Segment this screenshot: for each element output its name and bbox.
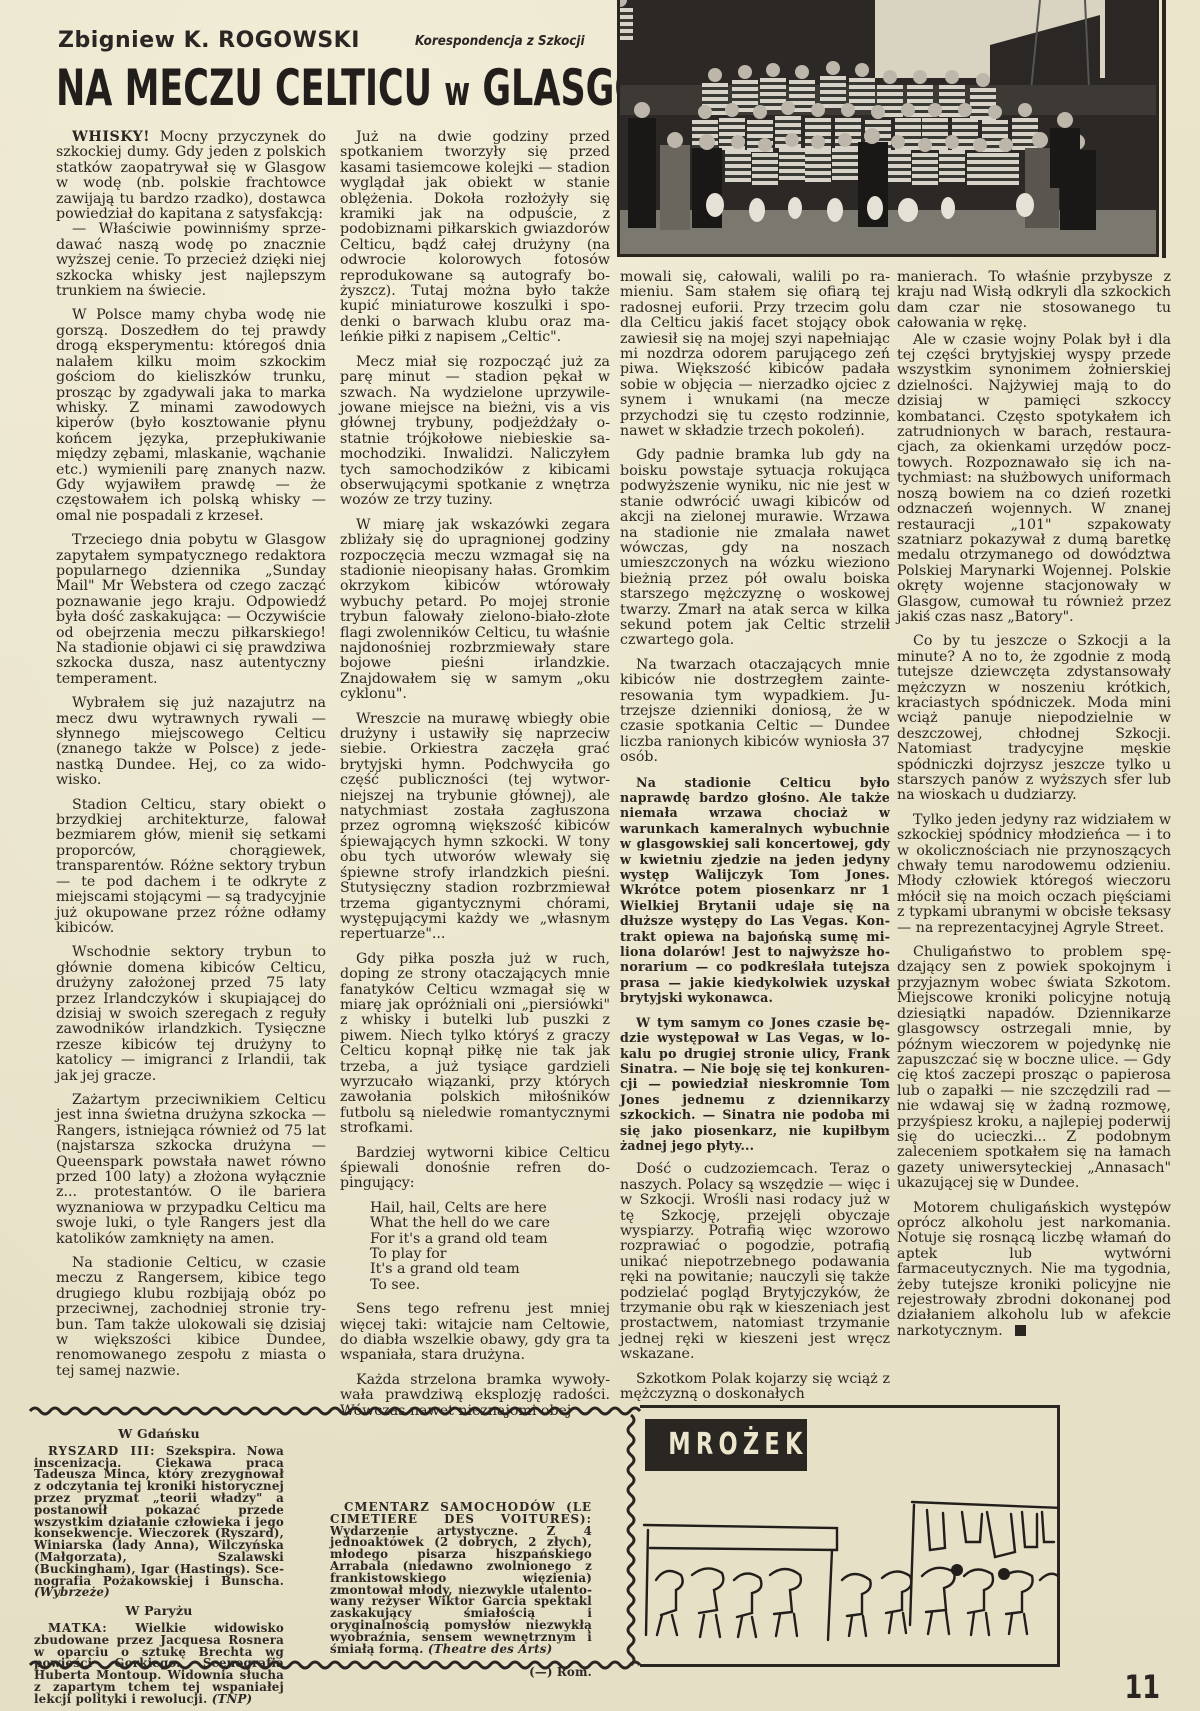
paragraph: Gdy piłka poszła już w ruch, doping ze s… [340, 952, 610, 1137]
lyric-line: Hail, hail, Celts are here [370, 1201, 610, 1216]
paragraph: Już na dwie godziny przed spotkaniem two… [340, 130, 610, 346]
paragraph: Ale w czasie wojny Polak był i dla tej c… [897, 333, 1171, 626]
paragraph: Bardziej wytworni kibice Cel­ticu śpiewa… [340, 1146, 610, 1192]
article-column-4: manierach. To właśnie przybysze z kraju … [897, 270, 1171, 1348]
paragraph: WHISKY! Mocny przyczynek do szkockiej du… [56, 130, 326, 222]
paragraph: Gdy padnie bramka lub gdy na boisku pows… [620, 448, 890, 648]
city-heading: W Gdańsku [34, 1428, 284, 1440]
lyric-line: It's a grand old team [370, 1262, 610, 1277]
article-column-2: Już na dwie godziny przed spotkaniem two… [340, 130, 610, 1428]
lyric-line: To see. [370, 1278, 610, 1293]
paragraph: W tym samym co Jones czasie bę­dzie wyst… [620, 1015, 890, 1154]
inset-note: Na stadionie Celticu było naprawdę bardz… [620, 775, 890, 1154]
team-photo [617, 0, 1159, 257]
listings-column-1: W Gdańsku RYSZARD III: Szekspira. Nowa i… [34, 1422, 284, 1708]
paragraph: W miarę jak wskazówki zegara zbliżały si… [340, 518, 610, 703]
article-column-3: mowali się, całowali, walili po ra­mieni… [620, 270, 890, 1411]
city-heading: W Paryżu [34, 1605, 284, 1617]
headline-w: w [444, 69, 470, 115]
paragraph: Szkotkom Polak kojarzy się wciąż z mężcz… [620, 1372, 890, 1403]
section-kicker: Korespondencja z Szkocji [415, 34, 585, 49]
listing-item: CMENTARZ SAMOCHODÓW (LE CIMETIERE DES VO… [330, 1502, 592, 1655]
paragraph: Zażartym przeciwnikiem Celticu jest inna… [56, 1093, 326, 1247]
paragraph: mowali się, całowali, walili po ra­mieni… [620, 270, 890, 439]
headline: NA MECZU CELTICU w GLASGOW [56, 58, 683, 122]
cartoon-drawing-icon [642, 1490, 1058, 1650]
newspaper-page: Zbigniew K. ROGOWSKI Korespondencja z Sz… [0, 0, 1200, 1711]
headline-part1: NA MECZU CELTICU [56, 59, 444, 117]
cartoon-label: MROŻEK [645, 1419, 807, 1471]
paragraph: Stadion Celticu, stary obiekt o brzydkie… [56, 798, 326, 937]
paragraph: Co by tu jeszcze o Szkocji a la minute? … [897, 634, 1171, 803]
paragraph: W Polsce mamy chyba wodę nie gorszą. Dos… [56, 308, 326, 524]
listing-item: MATKA: Wielkie widowisko zbudo­wane prze… [34, 1623, 284, 1706]
paragraph: manierach. To właśnie przybysze z kraju … [897, 270, 1171, 332]
paragraph: Tylko jeden jedyny raz widzia­łem w szko… [897, 813, 1171, 936]
article-column-1: WHISKY! Mocny przyczynek do szkockiej du… [56, 130, 326, 1388]
signature: (—) Rom. [330, 1667, 592, 1679]
paragraph: Dość o cudzoziemcach. Teraz o naszych. P… [620, 1162, 890, 1362]
page-number: 11 [1124, 1668, 1160, 1706]
photo-border-right [1162, 0, 1166, 258]
paragraph: Wschodnie sektory trybun to głównie dome… [56, 945, 326, 1084]
listing-item: RYSZARD III: Szekspira. Nowa in­scenizac… [34, 1446, 284, 1599]
lyric-line: What the hell do we care [370, 1216, 610, 1231]
end-of-article-icon [1015, 1325, 1026, 1336]
paragraph: — Właściwie powinniśmy sprze­dawać naszą… [56, 222, 326, 299]
paragraph: Wybrałem się już nazajutrz na mecz dwu w… [56, 696, 326, 788]
paragraph: Na twarzach otaczających mnie kibiców ni… [620, 658, 890, 766]
paragraph: Motorem chuligańskich wystę­pów oprócz a… [897, 1201, 1171, 1340]
paragraph: Wreszcie na murawę wbiegły o­bie drużyny… [340, 712, 610, 943]
paragraph: Mecz miał się rozpocząć już za parę minu… [340, 355, 610, 509]
paragraph: Na stadionie Celticu było naprawdę bardz… [620, 775, 890, 1006]
lyric-line: For it's a grand old team [370, 1232, 610, 1247]
paragraph: Trzeciego dnia pobytu w Glas­gow zapytał… [56, 533, 326, 687]
paragraph: Na stadionie Celticu, w czasie meczu z R… [56, 1256, 326, 1379]
lyric-line: To play for [370, 1247, 610, 1262]
paragraph: Chuligaństwo to problem spę­dzający sen … [897, 945, 1171, 1192]
lead-word: WHISKY! [72, 129, 150, 145]
team-photo-icon [620, 0, 1159, 257]
author-byline: Zbigniew K. ROGOWSKI [58, 28, 360, 53]
paragraph: Sens tego refrenu jest mniej więcej taki… [340, 1302, 610, 1364]
song-lyrics: Hail, hail, Celts are here What the hell… [370, 1201, 610, 1293]
listings-column-2: CMENTARZ SAMOCHODÓW (LE CIMETIERE DES VO… [330, 1432, 592, 1681]
listing-title: CMENTARZ SAMOCHODÓW (LE CIMETIERE DES VO… [330, 1500, 592, 1526]
